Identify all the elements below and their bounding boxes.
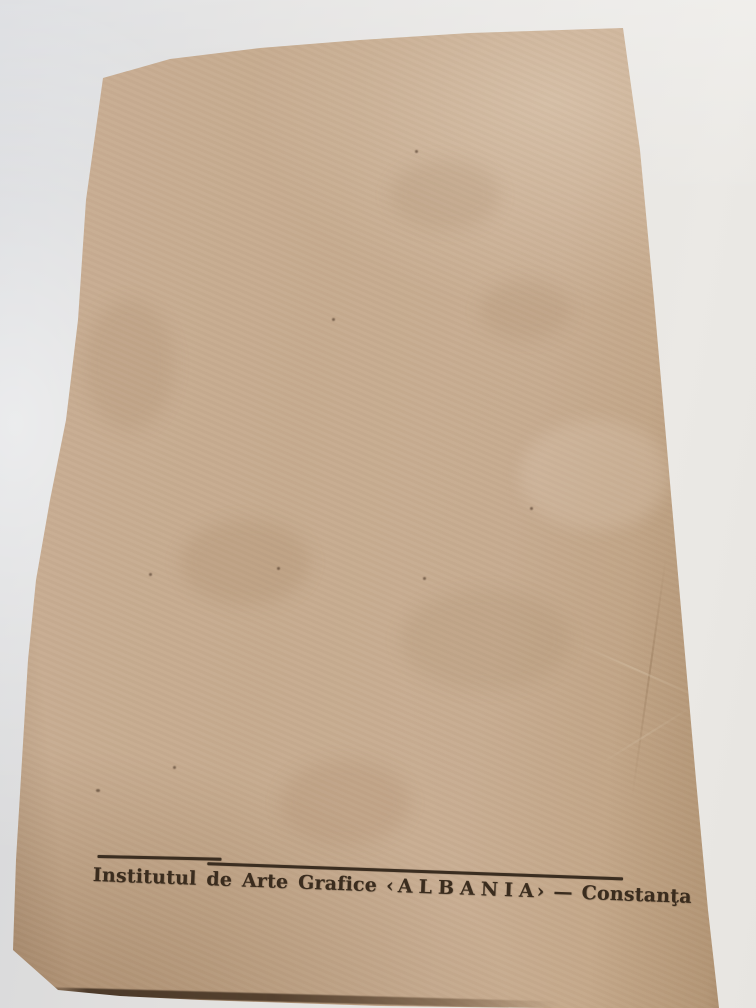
imprint-dash: — bbox=[553, 881, 573, 904]
paper-crease bbox=[631, 556, 667, 799]
paper-stain bbox=[400, 590, 570, 690]
paper-stain bbox=[180, 520, 310, 605]
paper-speck bbox=[96, 789, 100, 792]
paper-speck bbox=[149, 573, 152, 576]
paper-speck bbox=[173, 766, 176, 769]
imprint-open-quote: ‹ bbox=[386, 875, 395, 897]
book-back-cover: Institutul de Arte Grafice‹ALBANIA›—Cons… bbox=[0, 0, 756, 1008]
imprint-block: Institutul de Arte Grafice‹ALBANIA›—Cons… bbox=[94, 843, 654, 864]
paper-crease bbox=[598, 706, 692, 766]
paper-stain bbox=[390, 160, 500, 230]
paper-speck bbox=[423, 577, 426, 580]
book-bottom-edge bbox=[40, 987, 560, 1008]
paper-stain bbox=[520, 420, 670, 530]
paper-speck bbox=[332, 318, 335, 321]
imprint-city: Constanţa bbox=[581, 882, 692, 908]
imprint-rule-left bbox=[97, 855, 221, 860]
paper-stain bbox=[480, 280, 570, 340]
photo-backdrop: Institutul de Arte Grafice‹ALBANIA›—Cons… bbox=[0, 0, 756, 1008]
paper-crease bbox=[571, 640, 700, 699]
imprint-close-quote: › bbox=[536, 880, 545, 902]
paper-speck bbox=[530, 507, 533, 510]
paper-speck bbox=[415, 150, 418, 153]
paper-stain bbox=[84, 300, 174, 430]
paper-stain bbox=[280, 760, 410, 845]
imprint-publisher-name: ALBANIA bbox=[397, 875, 540, 902]
paper-speck bbox=[277, 567, 280, 570]
